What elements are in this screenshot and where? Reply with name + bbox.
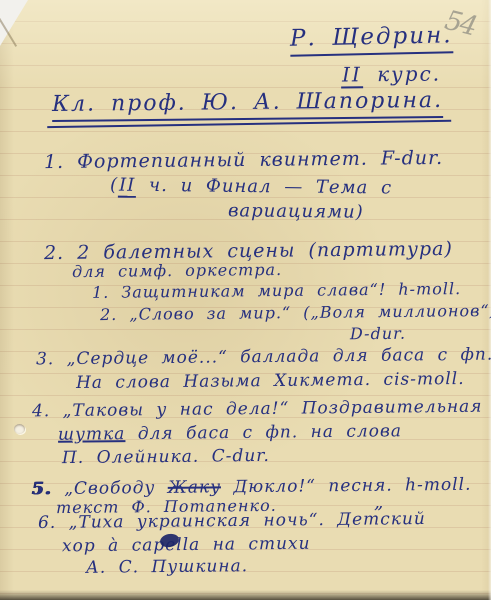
item-1-line-2-text: ч. и Финал — Тема с [136, 175, 392, 199]
item-5-title-post: Дюкло!“ песня. h-moll. [221, 475, 472, 498]
item-4-line-2: шутка для баса с фп. на слова [58, 421, 402, 445]
item-3-line-2: На слова Назыма Хикмета. cis-moll. [76, 369, 465, 393]
page-bottom-shadow [0, 590, 491, 600]
class-text: Кл. проф. Ю. А. Шапорина. [52, 88, 443, 122]
punch-hole [14, 424, 25, 434]
item-1-line-1: 1. Фортепианный квинтет. F-dur. [44, 147, 443, 173]
item-5-title-pre: „Свободу [52, 478, 168, 499]
item-2-line-3: 1. Защитникам мира слава“! h-moll. [92, 279, 461, 302]
item-2-line-2: для симф. оркестра. [72, 260, 282, 281]
item-4-line-3: П. Олейника. C-dur. [62, 446, 270, 468]
author-line: Р. Щедрин. [290, 22, 453, 51]
movement-numeral: II [118, 175, 136, 198]
struck-word: Жаку [168, 477, 221, 498]
course-text: курс. [363, 61, 442, 86]
item-2-line-5: D-dur. [350, 324, 406, 344]
item-5-number: 5. [32, 479, 52, 499]
item-4-line-2-text: для баса с фп. на слова [125, 421, 402, 444]
underlined-word: шутка [58, 424, 126, 445]
paren-open: ( [110, 175, 118, 196]
course-numeral: II [341, 62, 363, 88]
item-6-line-1: 6. „Тиха украинская ночь“. Детский [38, 509, 426, 533]
author-name: Р. Щедрин. [290, 22, 453, 56]
course-line: II курс. [341, 61, 441, 86]
item-6-line-2: хор à capella на стихи [62, 534, 311, 557]
class-line: Кл. проф. Ю. А. Шапорина. [52, 88, 443, 117]
item-2-line-4: 2. „Слово за мир.“ („Воля миллионов“) [100, 301, 491, 324]
manuscript-page: 54 Р. Щедрин. II курс. Кл. проф. Ю. А. Ш… [0, 0, 491, 600]
item-1-line-3: вариациями) [228, 200, 364, 222]
item-6-line-3: А. С. Пушкина. [86, 556, 248, 578]
item-1-line-2: (II ч. и Финал — Тема с [110, 175, 392, 199]
